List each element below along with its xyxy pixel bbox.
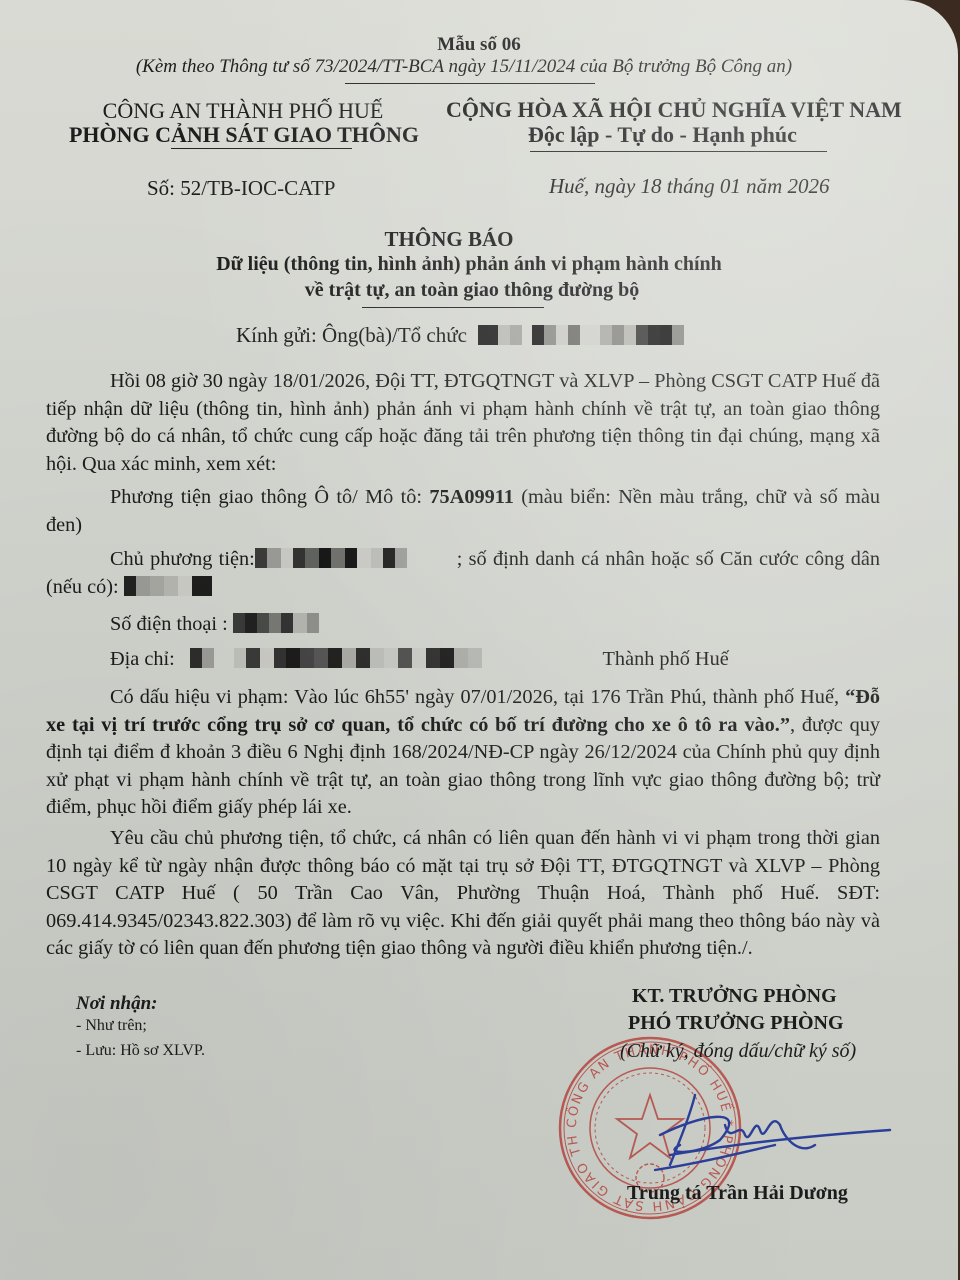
document-subtitle: về trật tự, an toàn giao thông đường bộ	[0, 279, 958, 302]
recipients-heading: Nơi nhận:	[76, 993, 157, 1015]
document-page: Mẫu số 06 (Kèm theo Thông tư số 73/2024/…	[0, 0, 958, 1280]
request-text: Yêu cầu chủ phương tiện, tổ chức, cá nhâ…	[46, 827, 880, 959]
vehicle-label: Phương tiện giao thông Ô tô/ Mô tô:	[110, 486, 429, 508]
issuer-department: PHÒNG CẢNH SÁT GIAO THÔNG	[64, 122, 424, 148]
form-number: Mẫu số 06	[0, 34, 958, 56]
paragraph-owner: Chủ phương tiện:; số định danh cá nhân h…	[46, 546, 880, 601]
recipient-item: - Như trên;	[76, 1017, 147, 1035]
address-label: Địa chỉ:	[110, 648, 180, 670]
redacted-address	[190, 648, 598, 668]
issuer-agency: CÔNG AN THÀNH PHỐ HUẾ	[98, 98, 388, 124]
document-number: Số: 52/TB-IOC-CATP	[147, 176, 335, 201]
divider	[530, 151, 827, 152]
redacted-id	[124, 576, 244, 596]
signer-title-2: PHÓ TRƯỞNG PHÒNG	[628, 1012, 844, 1035]
redacted-phone	[233, 613, 343, 633]
paragraph-intro: Hồi 08 giờ 30 ngày 18/01/2026, Đội TT, Đ…	[46, 368, 880, 478]
paragraph-phone: Số điện thoại :	[46, 611, 880, 639]
signature-note: (Chữ ký, đóng dấu/chữ ký số)	[620, 1040, 856, 1063]
owner-label: Chủ phương tiện:	[110, 548, 255, 570]
signer-name: Trung tá Trần Hải Dương	[627, 1182, 848, 1205]
signer-title-1: KT. TRƯỞNG PHÒNG	[632, 985, 837, 1008]
handwritten-signature-icon	[640, 1085, 900, 1175]
greeting: Kính gửi: Ông(bà)/Tổ chức	[236, 323, 688, 348]
place-date: Huế, ngày 18 tháng 01 năm 2026	[549, 174, 830, 199]
address-suffix: Thành phố Huế	[598, 648, 729, 670]
redacted-owner	[255, 548, 457, 568]
recipient-item: - Lưu: Hồ sơ XLVP.	[76, 1042, 205, 1060]
national-motto: Độc lập - Tự do - Hạnh phúc	[528, 122, 797, 148]
paragraph-address: Địa chỉ: Thành phố Huế	[46, 646, 880, 674]
phone-label: Số điện thoại :	[110, 613, 233, 635]
issuer-dept-underlined: ẢNH SÁT GIAO T	[171, 122, 352, 149]
divider	[362, 307, 544, 308]
violation-intro: Có dấu hiệu vi phạm: Vào lúc 6h55' ngày …	[110, 686, 845, 708]
paragraph-request: Yêu cầu chủ phương tiện, tổ chức, cá nhâ…	[46, 825, 880, 963]
paragraph-violation: Có dấu hiệu vi phạm: Vào lúc 6h55' ngày …	[46, 684, 880, 822]
greeting-label: Kính gửi: Ông(bà)/Tổ chức	[236, 323, 467, 347]
paragraph-vehicle: Phương tiện giao thông Ô tô/ Mô tô: 75A0…	[46, 484, 880, 539]
redacted-recipient	[478, 325, 688, 345]
plate-number: 75A09911	[429, 486, 514, 508]
document-title: THÔNG BÁO	[0, 227, 958, 252]
divider	[345, 83, 595, 84]
national-title: CỘNG HÒA XÃ HỘI CHỦ NGHĨA VIỆT NAM	[446, 97, 902, 123]
issuer-dept-part: HÔNG	[352, 122, 419, 147]
document-subtitle: Dữ liệu (thông tin, hình ảnh) phản ánh v…	[0, 253, 958, 276]
issuer-dept-part: PHÒNG C	[69, 122, 171, 147]
intro-text: Hồi 08 giờ 30 ngày 18/01/2026, Đội TT, Đ…	[46, 370, 880, 475]
form-reference: (Kèm theo Thông tư số 73/2024/TT-BCA ngà…	[0, 56, 958, 78]
